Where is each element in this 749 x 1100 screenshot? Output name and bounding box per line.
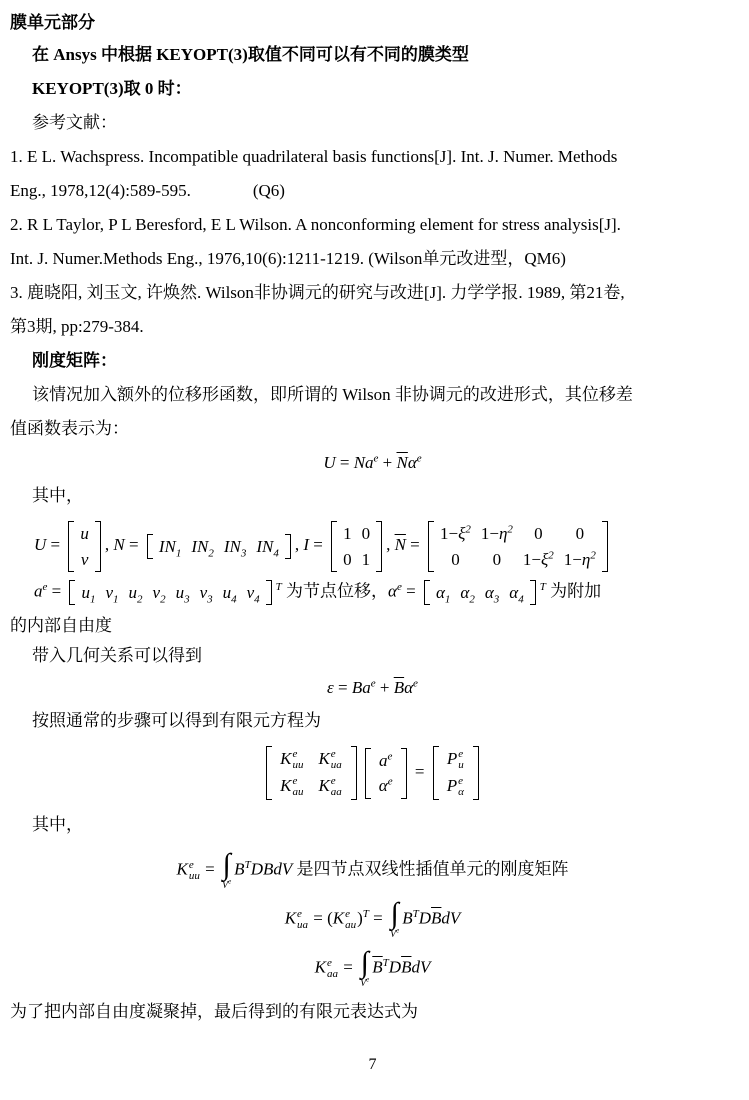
- reference-3-line-2: 第3期, pp:279-384.: [10, 310, 735, 344]
- condense-line: 为了把内部自由度凝聚掉，最后得到的有限元表达式为: [10, 997, 735, 1027]
- among-label-1: 其中，: [10, 479, 735, 513]
- reference-2-line-2: Int. J. Numer.Methods Eng., 1976,10(6):1…: [10, 242, 735, 276]
- reference-1-line-1: 1. E L. Wachspress. Incompatible quadril…: [10, 140, 735, 174]
- page-number: 7: [10, 1055, 735, 1075]
- geometry-relation-line: 带入几何关系可以得到: [10, 641, 735, 671]
- reference-1-line-2: Eng., 1978,12(4):589-595.(Q6): [10, 174, 735, 208]
- intro-line: 在 Ansys 中根据 KEYOPT(3)取值不同可以有不同的膜类型: [10, 38, 735, 72]
- formula-displacement-interpolation: U = Nae + Nαe: [10, 452, 735, 473]
- paragraph-wilson-line-2: 值函数表示为：: [10, 412, 735, 446]
- fem-steps-line: 按照通常的步骤可以得到有限元方程为: [10, 704, 735, 738]
- stiffness-heading: 刚度矩阵：: [10, 344, 735, 378]
- among-label-2: 其中，: [10, 808, 735, 842]
- reference-2-line-1: 2. R L Taylor, P L Beresford, E L Wilson…: [10, 208, 735, 242]
- formula-kaa: Keaa = ∫VeBTDBdV: [10, 948, 735, 989]
- formula-nodal-displacements: ae = u1v1u2v2u3v3u4v4T 为节点位移，αe = α1α2α3…: [10, 580, 735, 605]
- reference-1-tag: (Q6): [253, 181, 285, 200]
- references-label: 参考文献：: [10, 106, 735, 140]
- doc-title: 膜单元部分: [10, 8, 735, 38]
- formula-kuu: Keuu = ∫VeBTDBdV 是四节点双线性插值单元的刚度矩阵: [10, 850, 735, 891]
- reference-3-line-1: 3. 鹿晓阳, 刘玉文, 许焕然. Wilson非协调元的研究与改进[J]. 力…: [10, 276, 735, 310]
- formula-fem-equation: KeuuKeuaKeauKeaaaeαe = PeuPeα: [10, 746, 735, 800]
- paragraph-wilson-line-1: 该情况加入额外的位移形函数，即所谓的 Wilson 非协调元的改进形式，其位移差: [10, 378, 735, 412]
- document-page: 膜单元部分 在 Ansys 中根据 KEYOPT(3)取值不同可以有不同的膜类型…: [0, 0, 749, 1100]
- formula-kua: Keua = (Keau)T = ∫VeBTDBdV: [10, 899, 735, 940]
- keyopt-line: KEYOPT(3)取 0 时：: [10, 72, 735, 106]
- formula-strain: ε = Bae + Bαe: [10, 677, 735, 698]
- formula-matrix-definitions: U = uv, N = IN1IN2IN3IN4, I = 1001, N = …: [10, 521, 735, 572]
- internal-dof-tail: 的内部自由度: [10, 611, 735, 641]
- reference-1-citation: Eng., 1978,12(4):589-595.: [10, 181, 191, 200]
